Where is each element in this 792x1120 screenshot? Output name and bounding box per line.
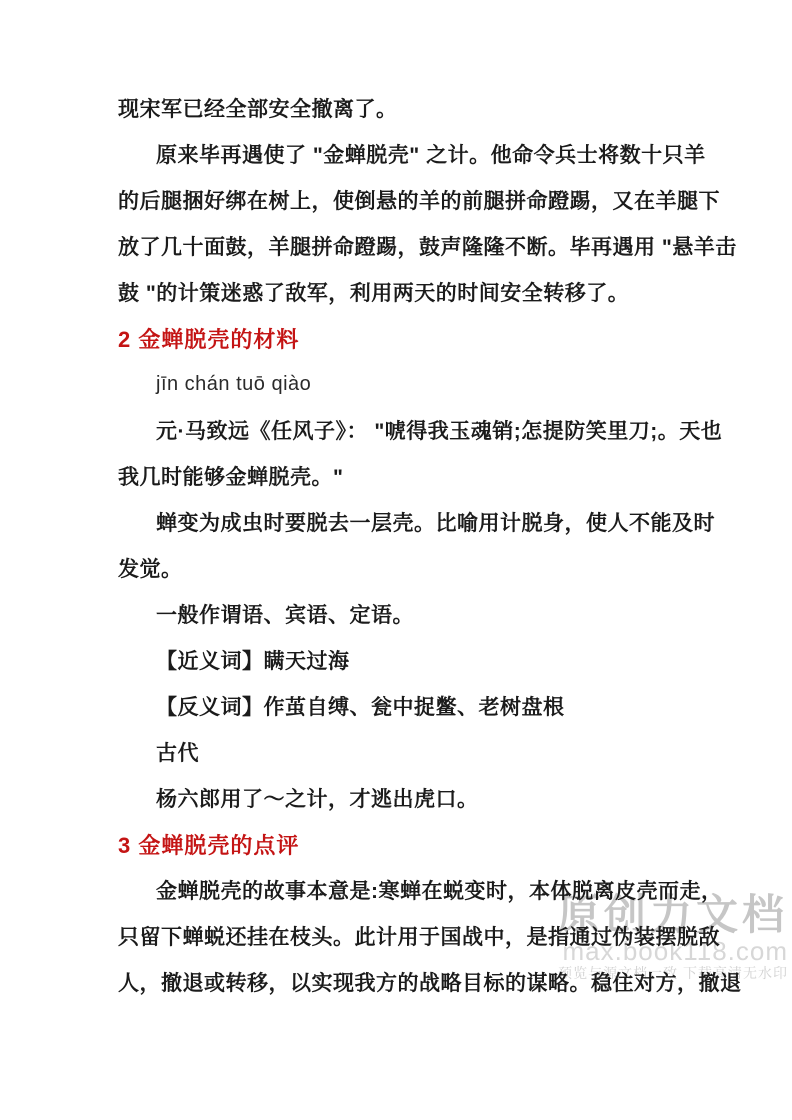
paragraph-line: 一般作谓语、宾语、定语。 (118, 591, 682, 637)
paragraph-line: 金蝉脱壳的故事本意是:寒蝉在蜕变时，本体脱离皮壳而走， (118, 867, 682, 913)
paragraph-line: 古代 (118, 729, 682, 775)
pinyin-text: jīn chán tuō qiào (118, 361, 682, 407)
section-heading-materials: 2 金蝉脱壳的材料 (118, 315, 682, 361)
antonym-line: 【反义词】作茧自缚、瓮中捉鳖、老树盘根 (118, 683, 682, 729)
paragraph-line: 原来毕再遇使了 "金蝉脱壳" 之计。他命令兵士将数十只羊 (118, 131, 682, 177)
section-heading-review: 3 金蝉脱壳的点评 (118, 821, 682, 867)
document-page: 原创力文档 max.book118.com 预览与源文档一致 下载高清无水印 现… (0, 0, 792, 1120)
paragraph-line: 鼓 "的计策迷惑了敌军，利用两天的时间安全转移了。 (118, 269, 682, 315)
paragraph-line: 现宋军已经全部安全撤离了。 (118, 85, 682, 131)
synonym-line: 【近义词】瞒天过海 (118, 637, 682, 683)
paragraph-line: 人，撤退或转移，以实现我方的战略目标的谋略。稳住对方，撤退 (118, 959, 682, 1005)
paragraph-line: 放了几十面鼓，羊腿拼命蹬踢，鼓声隆隆不断。毕再遇用 "悬羊击 (118, 223, 682, 269)
paragraph-line: 杨六郎用了～之计，才逃出虎口。 (118, 775, 682, 821)
paragraph-line: 发觉。 (118, 545, 682, 591)
paragraph-line: 我几时能够金蝉脱壳。" (118, 453, 682, 499)
paragraph-line: 的后腿捆好绑在树上，使倒悬的羊的前腿拼命蹬踢，又在羊腿下 (118, 177, 682, 223)
paragraph-line: 只留下蝉蜕还挂在枝头。此计用于国战中，是指通过伪装摆脱敌 (118, 913, 682, 959)
document-body: 现宋军已经全部安全撤离了。 原来毕再遇使了 "金蝉脱壳" 之计。他命令兵士将数十… (0, 0, 792, 1005)
paragraph-line: 元·马致远《任风子》： "唬得我玉魂销;怎提防笑里刀;。天也 (118, 407, 682, 453)
paragraph-line: 蝉变为成虫时要脱去一层壳。比喻用计脱身，使人不能及时 (118, 499, 682, 545)
